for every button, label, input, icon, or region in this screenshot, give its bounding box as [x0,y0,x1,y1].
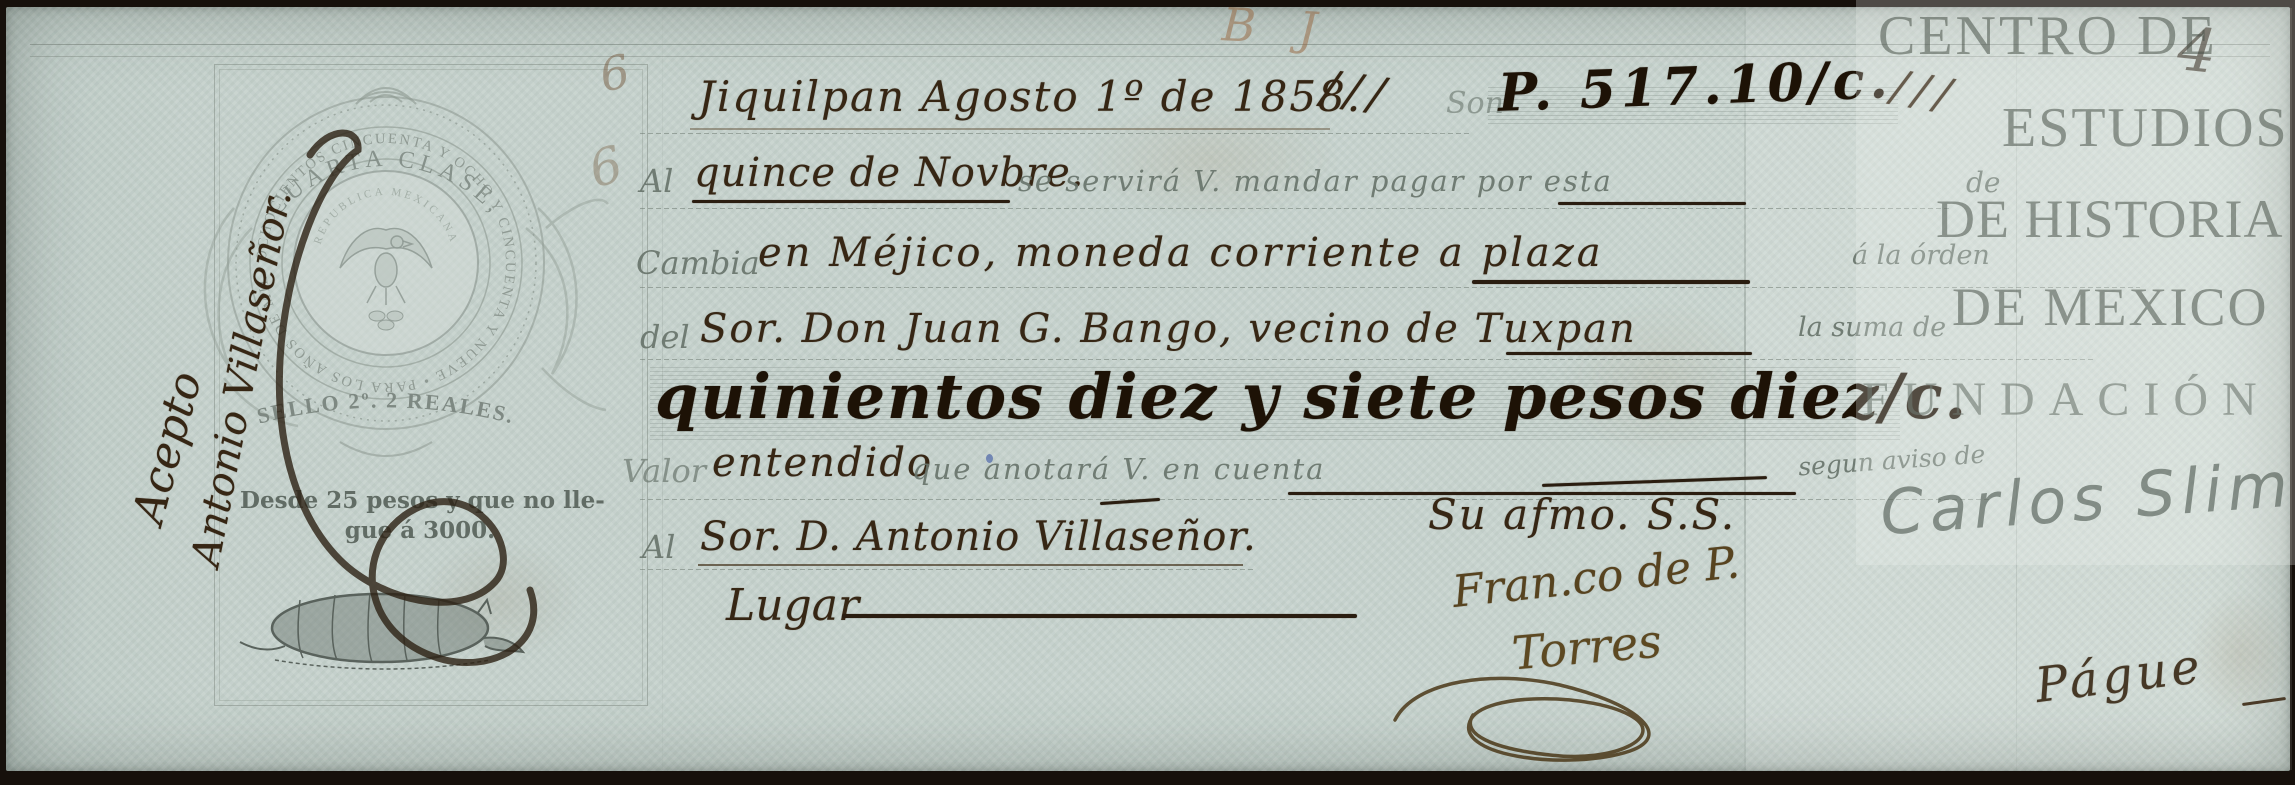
printed-cambia: Cambia [636,244,760,282]
ghost-initials-mark: B J [1221,0,1333,57]
ink-dash [1558,202,1746,205]
addressee-underline [698,564,1243,566]
printed-cuenta-clause: que anotará V. en cuenta [912,452,1325,486]
ruled-guide [640,569,1255,570]
lugar-handwriting: Lugar [726,580,859,631]
printed-del: del [640,318,690,356]
dateline-flourish: /// [1319,59,1396,122]
seal-crest-ornament [356,88,416,104]
ruled-guide [640,499,1990,500]
ink-dash [1472,280,1750,284]
watermark-foundation: FUNDACIÓN [1862,372,2271,427]
signature-rubric-flourish [1375,655,1715,780]
printed-al-1: Al [640,162,673,200]
amount-words-handwriting: quinientos diez y siete pesos diez/c. [655,360,1968,433]
entendido-handwriting: entendido [712,440,933,486]
ruled-guide [640,208,1950,209]
place-clause-handwriting: en Méjico, moneda corriente a plaza [758,230,1604,276]
watermark-line3: DE HISTORIA [1936,188,2284,250]
printed-son-label: Son [1446,86,1504,121]
ink-dash [1506,352,1752,355]
printed-al-2: Al [642,528,675,566]
addressee-handwriting: Sor. D. Antonio Villaseñor. [700,514,1257,560]
ink-dash-long [842,614,1357,618]
blue-ink-speck [986,454,993,463]
watermark-line1: CENTRO DE [1878,4,2218,68]
drawee-handwriting: Sor. Don Juan G. Bango, vecino de Tuxpan [700,306,1637,352]
closing-handwriting: Su afmo. S.S. [1428,490,1736,539]
term-underline [692,200,1010,203]
printed-valor: Valor [622,452,706,490]
printed-order-clause: se servirá V. mandar pagar por esta [1018,164,1613,198]
document-scan: CUARTA CLASE, OCHOCIENTOS CINCUENTA Y OC… [0,0,2295,785]
ruled-guide [640,133,1470,134]
acceptance-rubric-flourish [230,120,590,680]
watermark-line4: DE MEXICO [1952,276,2268,338]
watermark-line2: ESTUDIOS [2002,96,2289,160]
dateline-handwriting: Jiquilpan Agosto 1º de 1858. [698,72,1362,121]
dateline-underline [690,128,1330,130]
